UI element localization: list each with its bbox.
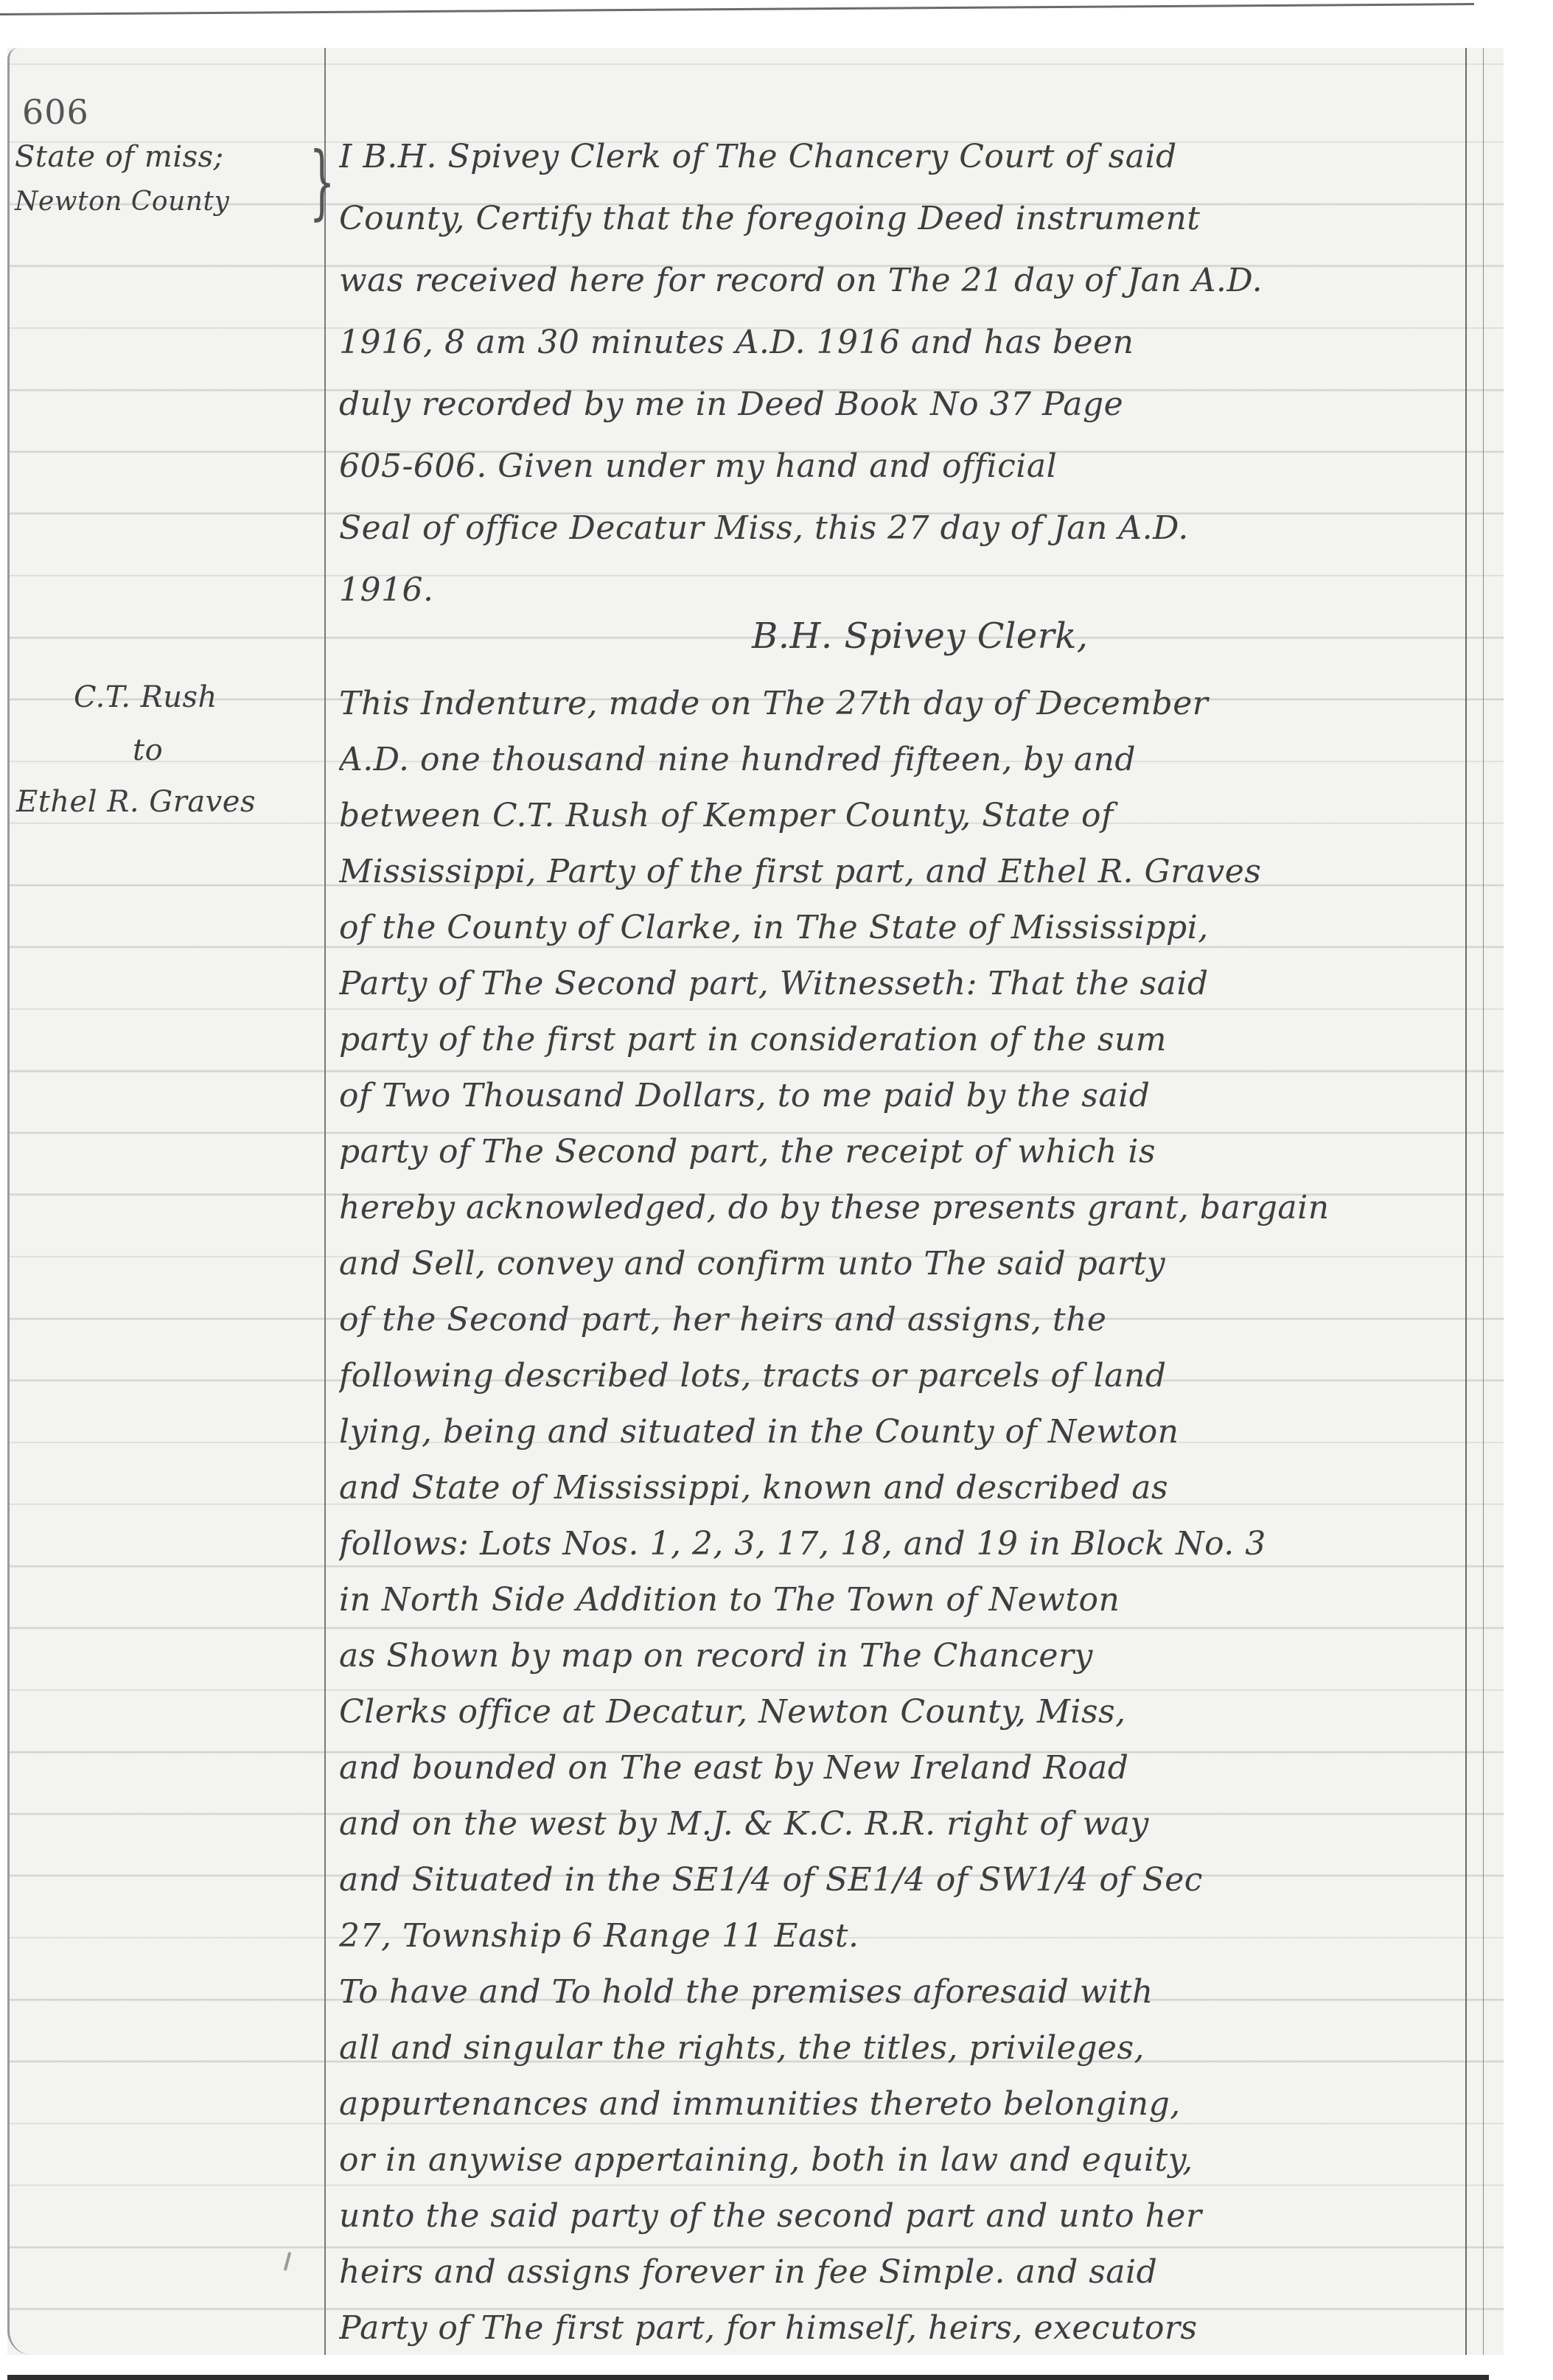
deed-line: follows: Lots Nos. 1, 2, 3, 17, 18, and … (339, 1522, 1467, 1566)
page-number: 606 (22, 92, 89, 132)
deed-line: heirs and assigns forever in fee Simple.… (339, 2250, 1467, 2294)
deed-line: To have and To hold the premises aforesa… (339, 1970, 1467, 2014)
deed-line: between C.T. Rush of Kemper County, Stat… (339, 794, 1467, 838)
deed-line: and State of Mississippi, known and desc… (339, 1466, 1467, 1510)
margin-caption-state: State of miss; (15, 140, 317, 174)
deed-line: Party of The Second part, Witnesseth: Th… (339, 962, 1467, 1006)
brace-icon: } (310, 134, 335, 228)
deed-line: appurtenances and immunities thereto bel… (339, 2082, 1467, 2126)
deed-line: unto the said party of the second part a… (339, 2194, 1467, 2238)
deed-line: and on the west by M.J. & K.C. R.R. righ… (339, 1802, 1467, 1846)
certificate-line: 1916, 8 am 30 minutes A.D. 1916 and has … (339, 321, 1467, 365)
right-margin-rule-outer (1483, 48, 1484, 2355)
certificate-line: Seal of office Decatur Miss, this 27 day… (339, 506, 1467, 551)
certificate-line: County, Certify that the foregoing Deed … (339, 197, 1467, 241)
page-binding-edge (7, 48, 32, 2355)
deed-line: lying, being and situated in the County … (339, 1410, 1467, 1454)
deed-line: A.D. one thousand nine hundred fifteen, … (339, 738, 1467, 782)
deed-line: of the County of Clarke, in The State of… (339, 906, 1467, 950)
deed-line: of Two Thousand Dollars, to me paid by t… (339, 1074, 1467, 1118)
margin-caption-grantee: Ethel R. Graves (16, 785, 318, 819)
margin-caption-grantor: C.T. Rush (74, 680, 376, 714)
deed-line: as Shown by map on record in The Chancer… (339, 1634, 1467, 1678)
deed-line: party of the first part in consideration… (339, 1018, 1467, 1062)
certificate-line: duly recorded by me in Deed Book No 37 P… (339, 383, 1467, 427)
page-bottom-edge (7, 2375, 1489, 2380)
deed-line: and Sell, convey and confirm unto The sa… (339, 1242, 1467, 1286)
margin-caption-county: Newton County (15, 186, 317, 217)
deed-line: in North Side Addition to The Town of Ne… (339, 1578, 1467, 1622)
deed-line: and Situated in the SE1/4 of SE1/4 of SW… (339, 1858, 1467, 1902)
ink-mark (284, 2252, 292, 2271)
deed-line: This Indenture, made on The 27th day of … (339, 682, 1467, 726)
certificate-line: 1916. (339, 568, 1467, 613)
deed-line: hereby acknowledged, do by these present… (339, 1186, 1467, 1230)
deed-line: 27, Township 6 Range 11 East. (339, 1914, 1467, 1958)
deed-line: Party of The first part, for himself, he… (339, 2306, 1467, 2351)
deed-line: and bounded on The east by New Ireland R… (339, 1746, 1467, 1790)
certificate-line: 605-606. Given under my hand and officia… (339, 444, 1467, 489)
deed-line: of the Second part, her heirs and assign… (339, 1298, 1467, 1342)
deed-line: Clerks office at Decatur, Newton County,… (339, 1690, 1467, 1734)
deed-line: or in anywise appertaining, both in law … (339, 2138, 1467, 2182)
ledger-page: 606 State of miss; Newton County } I B.H… (7, 48, 1504, 2355)
deed-line: party of The Second part, the receipt of… (339, 1130, 1467, 1174)
deed-line: all and singular the rights, the titles,… (339, 2026, 1467, 2070)
deed-line: Mississippi, Party of the first part, an… (339, 850, 1467, 894)
page-top-edge (0, 3, 1474, 15)
clerk-signature: B.H. Spivey Clerk, (752, 615, 1089, 657)
certificate-line: I B.H. Spivey Clerk of The Chancery Cour… (339, 135, 1467, 179)
deed-line: following described lots, tracts or parc… (339, 1354, 1467, 1398)
margin-column-rule (324, 48, 326, 2355)
certificate-line: was received here for record on The 21 d… (339, 259, 1467, 303)
